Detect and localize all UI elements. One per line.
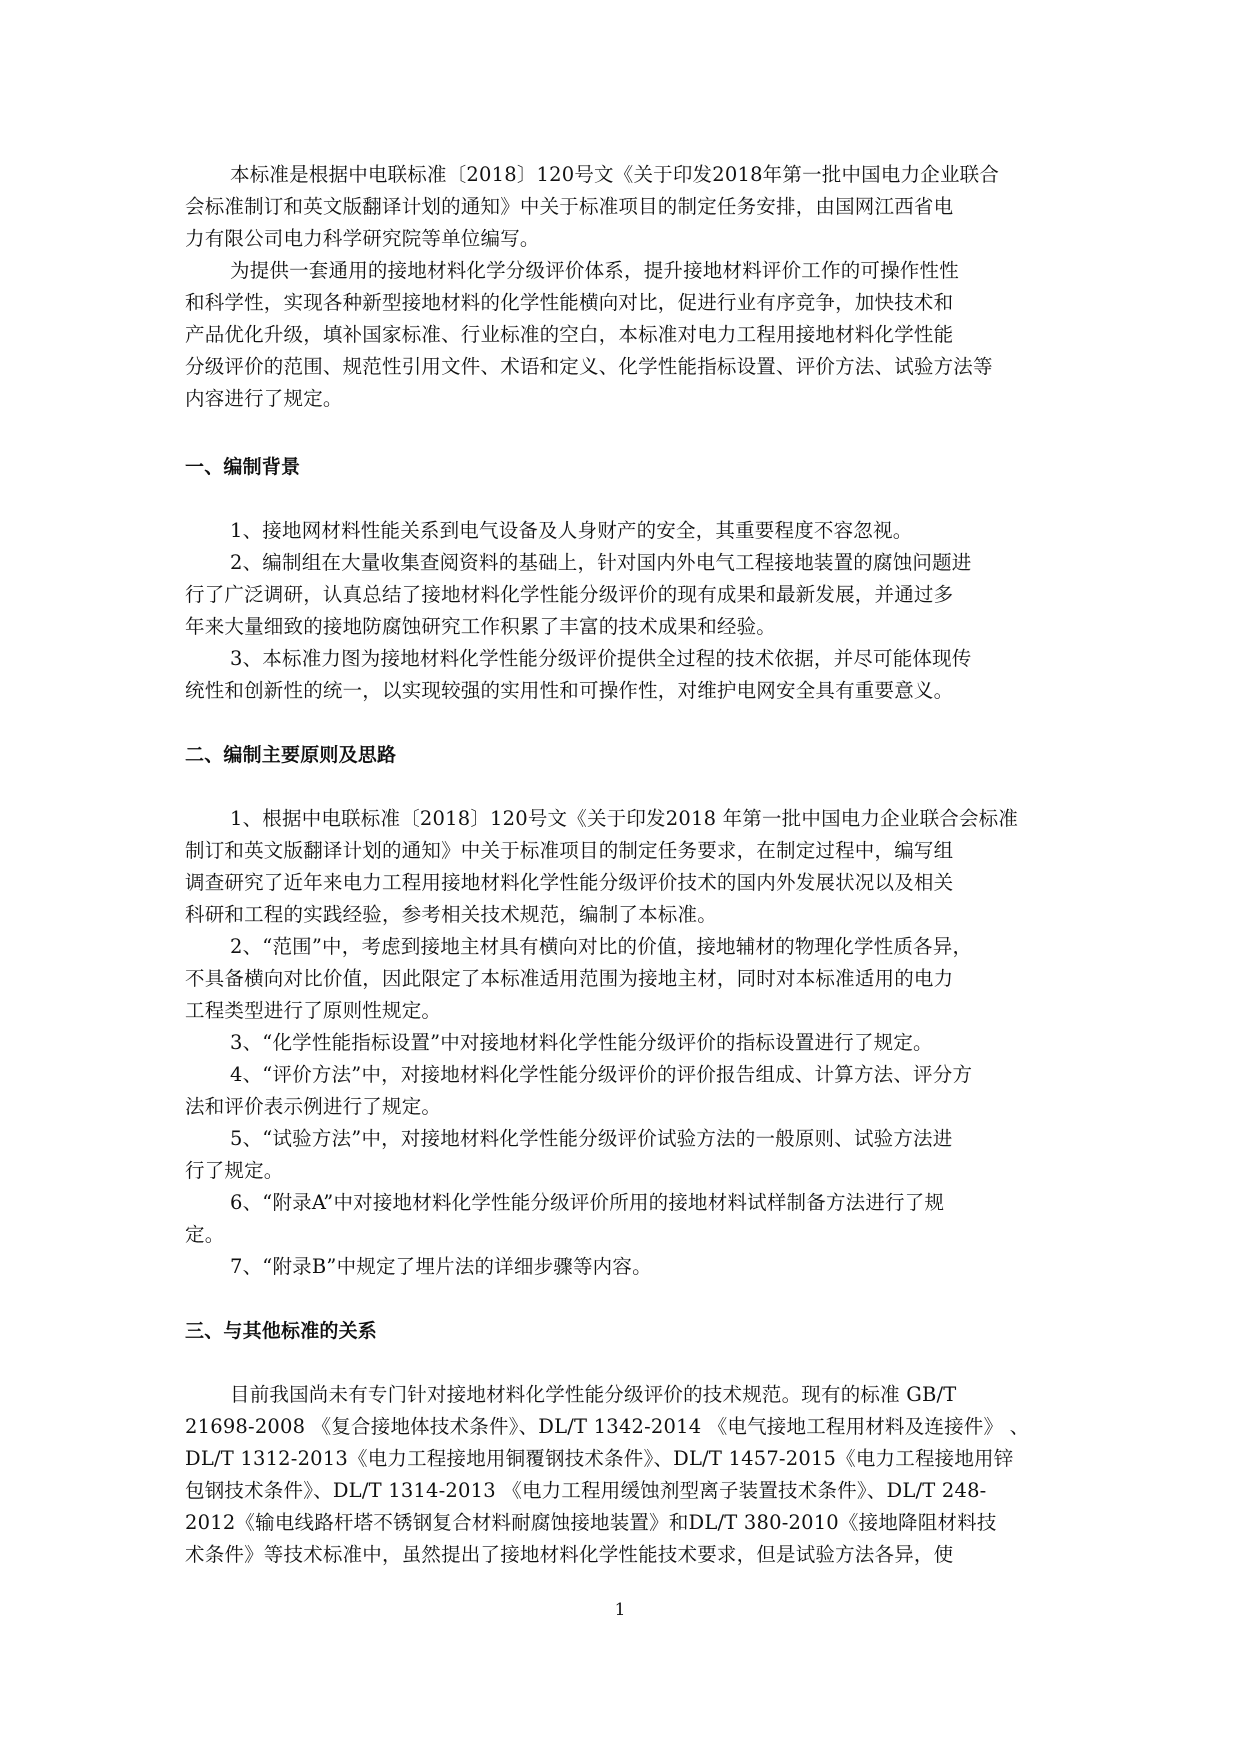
section2-item-1-line-3: 调查研究了近年来电力工程用接地材料化学性能分级评价技术的国内外发展状况以及相关 (185, 871, 1065, 895)
section2-item-7: 7、“附录B”中规定了埋片法的详细步骤等内容。 (230, 1255, 1110, 1279)
section1-item-1: 1、接地网材料性能关系到电气设备及人身财产的安全，其重要程度不容忽视。 (230, 519, 1110, 543)
section2-item-2-line-3: 工程类型进行了原则性规定。 (185, 999, 1065, 1023)
intro-p2-line-5: 内容进行了规定。 (185, 387, 1065, 411)
section2-item-3: 3、“化学性能指标设置”中对接地材料化学性能分级评价的指标设置进行了规定。 (230, 1031, 1110, 1055)
section3-p1-line-4: 包钢技术条件》、DL/T 1314-2013 《电力工程用缓蚀剂型离子装置技术条… (185, 1479, 1065, 1503)
section2-item-1-line-2: 制订和英文版翻译计划的通知》中关于标准项目的制定任务要求，在制定过程中，编写组 (185, 839, 1065, 863)
section2-item-4-line-2: 法和评价表示例进行了规定。 (185, 1095, 1065, 1119)
intro-p2-line-2: 和科学性，实现各种新型接地材料的化学性能横向对比，促进行业有序竞争，加快技术和 (185, 291, 1065, 315)
section3-p1-line-2: 21698-2008 《复合接地体技术条件》、DL/T 1342-2014 《电… (185, 1415, 1065, 1439)
intro-p1-line-2: 会标准制订和英文版翻译计划的通知》中关于标准项目的制定任务安排，由国网江西省电 (185, 195, 1065, 219)
section3-p1-line-1: 目前我国尚未有专门针对接地材料化学性能分级评价的技术规范。现有的标准 GB/T (230, 1383, 1110, 1407)
section2-item-6-line-1: 6、“附录A”中对接地材料化学性能分级评价所用的接地材料试样制备方法进行了规 (230, 1191, 1110, 1215)
section3-p1-line-3: DL/T 1312-2013《电力工程接地用铜覆钢技术条件》、DL/T 1457… (185, 1447, 1065, 1471)
section2-item-2-line-2: 不具备横向对比价值，因此限定了本标准适用范围为接地主材，同时对本标准适用的电力 (185, 967, 1065, 991)
section2-item-1-line-1: 1、根据中电联标准〔2018〕120号文《关于印发2018 年第一批中国电力企业… (230, 807, 1110, 831)
section2-item-4-line-1: 4、“评价方法”中，对接地材料化学性能分级评价的评价报告组成、计算方法、评分方 (230, 1063, 1110, 1087)
section1-item-2-line-2: 行了广泛调研，认真总结了接地材料化学性能分级评价的现有成果和最新发展，并通过多 (185, 583, 1065, 607)
section2-item-6-line-2: 定。 (185, 1223, 1065, 1247)
section1-item-2-line-3: 年来大量细致的接地防腐蚀研究工作积累了丰富的技术成果和经验。 (185, 615, 1065, 639)
intro-p2-line-1: 为提供一套通用的接地材料化学分级评价体系，提升接地材料评价工作的可操作性性 (230, 259, 1110, 283)
section3-p1-line-6: 术条件》等技术标准中，虽然提出了接地材料化学性能技术要求，但是试验方法各异，使 (185, 1543, 1065, 1567)
document-page: 本标准是根据中电联标准〔2018〕120号文《关于印发2018年第一批中国电力企… (0, 0, 1240, 1754)
section-heading-background: 一、编制背景 (185, 455, 1065, 479)
intro-p2-line-3: 产品优化升级，填补国家标准、行业标准的空白，本标准对电力工程用接地材料化学性能 (185, 323, 1065, 347)
section-heading-principles: 二、编制主要原则及思路 (185, 743, 1065, 767)
section-heading-relations: 三、与其他标准的关系 (185, 1319, 1065, 1343)
section2-item-2-line-1: 2、“范围”中，考虑到接地主材具有横向对比的价值，接地辅材的物理化学性质各异， (230, 935, 1110, 959)
section2-item-5-line-2: 行了规定。 (185, 1159, 1065, 1183)
intro-p2-line-4: 分级评价的范围、规范性引用文件、术语和定义、化学性能指标设置、评价方法、试验方法… (185, 355, 1065, 379)
section1-item-3-line-2: 统性和创新性的统一，以实现较强的实用性和可操作性，对维护电网安全具有重要意义。 (185, 679, 1065, 703)
intro-p1-line-3: 力有限公司电力科学研究院等单位编写。 (185, 227, 1065, 251)
section2-item-1-line-4: 科研和工程的实践经验，参考相关技术规范，编制了本标准。 (185, 903, 1065, 927)
intro-p1-line-1: 本标准是根据中电联标准〔2018〕120号文《关于印发2018年第一批中国电力企… (230, 163, 1110, 187)
section1-item-2-line-1: 2、编制组在大量收集查阅资料的基础上，针对国内外电气工程接地装置的腐蚀问题进 (230, 551, 1110, 575)
section3-p1-line-5: 2012《输电线路杆塔不锈钢复合材料耐腐蚀接地装置》和DL/T 380-2010… (185, 1511, 1065, 1535)
page-number: 1 (0, 1600, 1240, 1620)
section2-item-5-line-1: 5、“试验方法”中，对接地材料化学性能分级评价试验方法的一般原则、试验方法进 (230, 1127, 1110, 1151)
section1-item-3-line-1: 3、本标准力图为接地材料化学性能分级评价提供全过程的技术依据，并尽可能体现传 (230, 647, 1110, 671)
